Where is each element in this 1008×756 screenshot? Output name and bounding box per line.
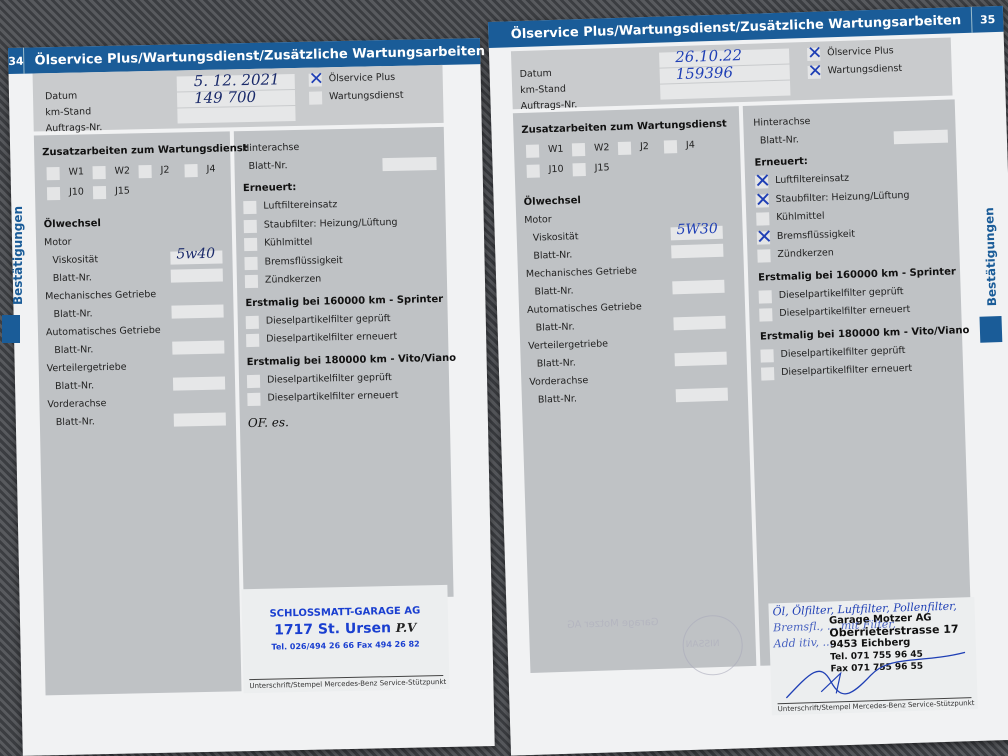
item-checkbox[interactable] bbox=[247, 393, 260, 406]
field-label: Blatt-Nr. bbox=[55, 380, 94, 392]
field-label: Verteilergetriebe bbox=[47, 362, 127, 375]
blatt-label: Blatt-Nr. bbox=[760, 134, 799, 146]
erneuert-title: Erneuert: bbox=[243, 182, 296, 194]
item-checkbox[interactable] bbox=[244, 256, 257, 269]
field-label: Blatt-Nr. bbox=[53, 272, 92, 284]
zusatz-checkbox[interactable] bbox=[184, 164, 197, 177]
zusatz-checkbox[interactable] bbox=[47, 167, 60, 180]
field-label: Blatt-Nr. bbox=[535, 321, 574, 333]
blatt-field[interactable] bbox=[172, 341, 224, 355]
zusatz-checkbox[interactable] bbox=[138, 165, 151, 178]
zusatz-label: J4 bbox=[686, 140, 695, 151]
check-x-icon: ✕ bbox=[754, 192, 771, 207]
check-x-icon: ✕ bbox=[754, 173, 771, 188]
erneuert-title: Erneuert: bbox=[754, 156, 808, 169]
zusatz-checkbox[interactable] bbox=[664, 140, 677, 153]
item-checkbox[interactable] bbox=[247, 374, 260, 387]
item-checkbox[interactable] bbox=[759, 308, 772, 321]
auftrag-label: Auftrags-Nr. bbox=[520, 99, 577, 112]
zusatz-checkbox[interactable] bbox=[527, 164, 540, 177]
item-label: Kühlmittel bbox=[264, 237, 312, 249]
field-label: Blatt-Nr. bbox=[53, 308, 92, 320]
zusatz-checkbox[interactable] bbox=[526, 144, 539, 157]
service-option-label: Wartungsdienst bbox=[329, 90, 404, 103]
check-x-icon: ✕ bbox=[309, 72, 324, 86]
note-line-3: Add itiv, ... bbox=[773, 635, 833, 650]
service-option-label: Wartungsdienst bbox=[828, 63, 903, 76]
field-label: Blatt-Nr. bbox=[537, 357, 576, 369]
item-label: Luftfiltereinsatz bbox=[775, 173, 849, 186]
km-value: 149 700 bbox=[194, 88, 256, 107]
service-option-label: Ölservice Plus bbox=[827, 45, 894, 58]
hinterachse-label: Hinterachse bbox=[242, 142, 299, 154]
handwritten-note: OF. es. bbox=[248, 415, 289, 430]
field-label: Vorderachse bbox=[47, 398, 106, 410]
check-x-icon: ✕ bbox=[807, 47, 823, 61]
page-number: 34 bbox=[8, 48, 25, 74]
blatt-field[interactable] bbox=[673, 316, 725, 331]
datum-value: 5. 12. 2021 bbox=[194, 70, 280, 90]
datum-label: Datum bbox=[519, 68, 551, 80]
side-tab-label: Bestätigungen bbox=[982, 207, 999, 306]
zusatz-label: W1 bbox=[548, 144, 564, 155]
item-checkbox[interactable] bbox=[245, 275, 258, 288]
item-label: Luftfiltereinsatz bbox=[263, 199, 337, 212]
check-x-icon: ✕ bbox=[808, 65, 824, 79]
item-label: Zündkerzen bbox=[265, 273, 322, 285]
left-page: 34 Ölservice Plus/Wartungsdienst/Zusätzl… bbox=[8, 38, 495, 756]
km-label: km-Stand bbox=[45, 106, 91, 118]
field-label: Viskosität bbox=[533, 231, 579, 243]
viskositaet-value: 5W30 bbox=[676, 221, 718, 238]
item-label: Zündkerzen bbox=[777, 247, 834, 260]
zusatz-label: W2 bbox=[114, 165, 130, 176]
km-label: km-Stand bbox=[520, 84, 566, 96]
stamp-line-2: 1717 St. Ursen P.V bbox=[242, 619, 448, 639]
zusatz-label: W2 bbox=[594, 142, 610, 153]
field-label: Vorderachse bbox=[529, 375, 588, 388]
zusatz-label: J2 bbox=[160, 165, 169, 176]
zusatz-checkbox[interactable] bbox=[572, 143, 585, 156]
side-tab-label: Bestätigungen bbox=[11, 206, 25, 305]
service-option-label: Ölservice Plus bbox=[329, 72, 396, 84]
oelwechsel-title: Ölwechsel bbox=[524, 195, 581, 208]
km-value: 159396 bbox=[675, 63, 733, 83]
zusatz-label: J15 bbox=[115, 185, 130, 196]
item-label: Bremsflüssigkeit bbox=[264, 255, 342, 268]
signature-stamp-area: SCHLOSSMATT-GARAGE AG 1717 St. Ursen P.V… bbox=[241, 585, 449, 693]
item-checkbox[interactable] bbox=[244, 238, 257, 251]
blatt-field[interactable] bbox=[672, 280, 724, 295]
field-label: Blatt-Nr. bbox=[54, 344, 93, 356]
signature-stamp-area: Öl, Ölfilter, Luftfilter, Pollenfilter, … bbox=[768, 597, 977, 715]
hinterachse-label: Hinterachse bbox=[753, 116, 810, 129]
signature-caption: Unterschrift/Stempel Mercedes-Benz Servi… bbox=[249, 678, 446, 690]
check-x-icon: ✕ bbox=[756, 229, 773, 244]
blatt-field[interactable] bbox=[171, 305, 223, 319]
field-label: Viskosität bbox=[52, 254, 98, 266]
blatt-label: Blatt-Nr. bbox=[248, 160, 287, 172]
item-checkbox[interactable] bbox=[757, 249, 770, 262]
stamp-line-3: Tel. 026/494 26 66 Fax 494 26 82 bbox=[243, 639, 449, 652]
field-label: Blatt-Nr. bbox=[533, 249, 572, 261]
item-checkbox[interactable] bbox=[760, 349, 773, 362]
ghost-brand: NISSAN bbox=[686, 639, 720, 650]
zusatz-label: J10 bbox=[69, 186, 84, 197]
stamp-line-1: SCHLOSSMATT-GARAGE AG bbox=[242, 605, 448, 620]
item-checkbox[interactable] bbox=[244, 219, 257, 232]
blatt-field[interactable] bbox=[173, 377, 225, 391]
blatt-field[interactable] bbox=[382, 157, 436, 171]
auftrag-label: Auftrags-Nr. bbox=[46, 122, 103, 134]
zusatz-label: J4 bbox=[206, 164, 215, 175]
zusatz-checkbox[interactable] bbox=[92, 166, 105, 179]
item-label: Kühlmittel bbox=[776, 211, 825, 224]
zusatz-label: J2 bbox=[640, 141, 649, 152]
blatt-field[interactable] bbox=[674, 352, 726, 367]
item-checkbox[interactable] bbox=[246, 334, 259, 347]
field-label: Mechanisches Getriebe bbox=[45, 289, 156, 302]
zusatz-label: J15 bbox=[594, 162, 609, 173]
service-checkbox[interactable] bbox=[309, 91, 322, 104]
field-label: Blatt-Nr. bbox=[56, 416, 95, 428]
zusatz-label: J10 bbox=[548, 164, 563, 175]
item-checkbox[interactable] bbox=[246, 315, 259, 328]
blatt-field[interactable] bbox=[671, 244, 723, 259]
side-tab-marker[interactable] bbox=[2, 315, 20, 343]
blatt-field[interactable] bbox=[676, 388, 728, 403]
item-checkbox[interactable] bbox=[761, 367, 774, 380]
side-tab-marker[interactable] bbox=[979, 316, 1002, 343]
field-label: Motor bbox=[44, 237, 72, 249]
oelwechsel-title: Ölwechsel bbox=[44, 218, 101, 230]
blatt-field[interactable] bbox=[171, 269, 223, 283]
viskositaet-value: 5w40 bbox=[176, 246, 215, 263]
field-label: Blatt-Nr. bbox=[538, 393, 577, 405]
blatt-field[interactable] bbox=[174, 413, 226, 427]
item-checkbox[interactable] bbox=[759, 290, 772, 303]
field-label: Motor bbox=[524, 214, 552, 226]
blatt-field[interactable] bbox=[894, 130, 948, 145]
zusatz-checkbox[interactable] bbox=[93, 186, 106, 199]
zusatz-label: W1 bbox=[69, 166, 85, 177]
page-number: 35 bbox=[971, 6, 1004, 33]
right-page: 35 Ölservice Plus/Wartungsdienst/Zusätzl… bbox=[488, 6, 1008, 756]
auftrag-field[interactable] bbox=[177, 106, 295, 123]
datum-label: Datum bbox=[45, 91, 77, 103]
zusatz-checkbox[interactable] bbox=[572, 163, 585, 176]
item-checkbox[interactable] bbox=[243, 201, 256, 214]
zusatz-checkbox[interactable] bbox=[47, 187, 60, 200]
zusatz-checkbox[interactable] bbox=[618, 142, 631, 155]
signature-scribble bbox=[780, 647, 971, 703]
field-label: Blatt-Nr. bbox=[534, 285, 573, 297]
